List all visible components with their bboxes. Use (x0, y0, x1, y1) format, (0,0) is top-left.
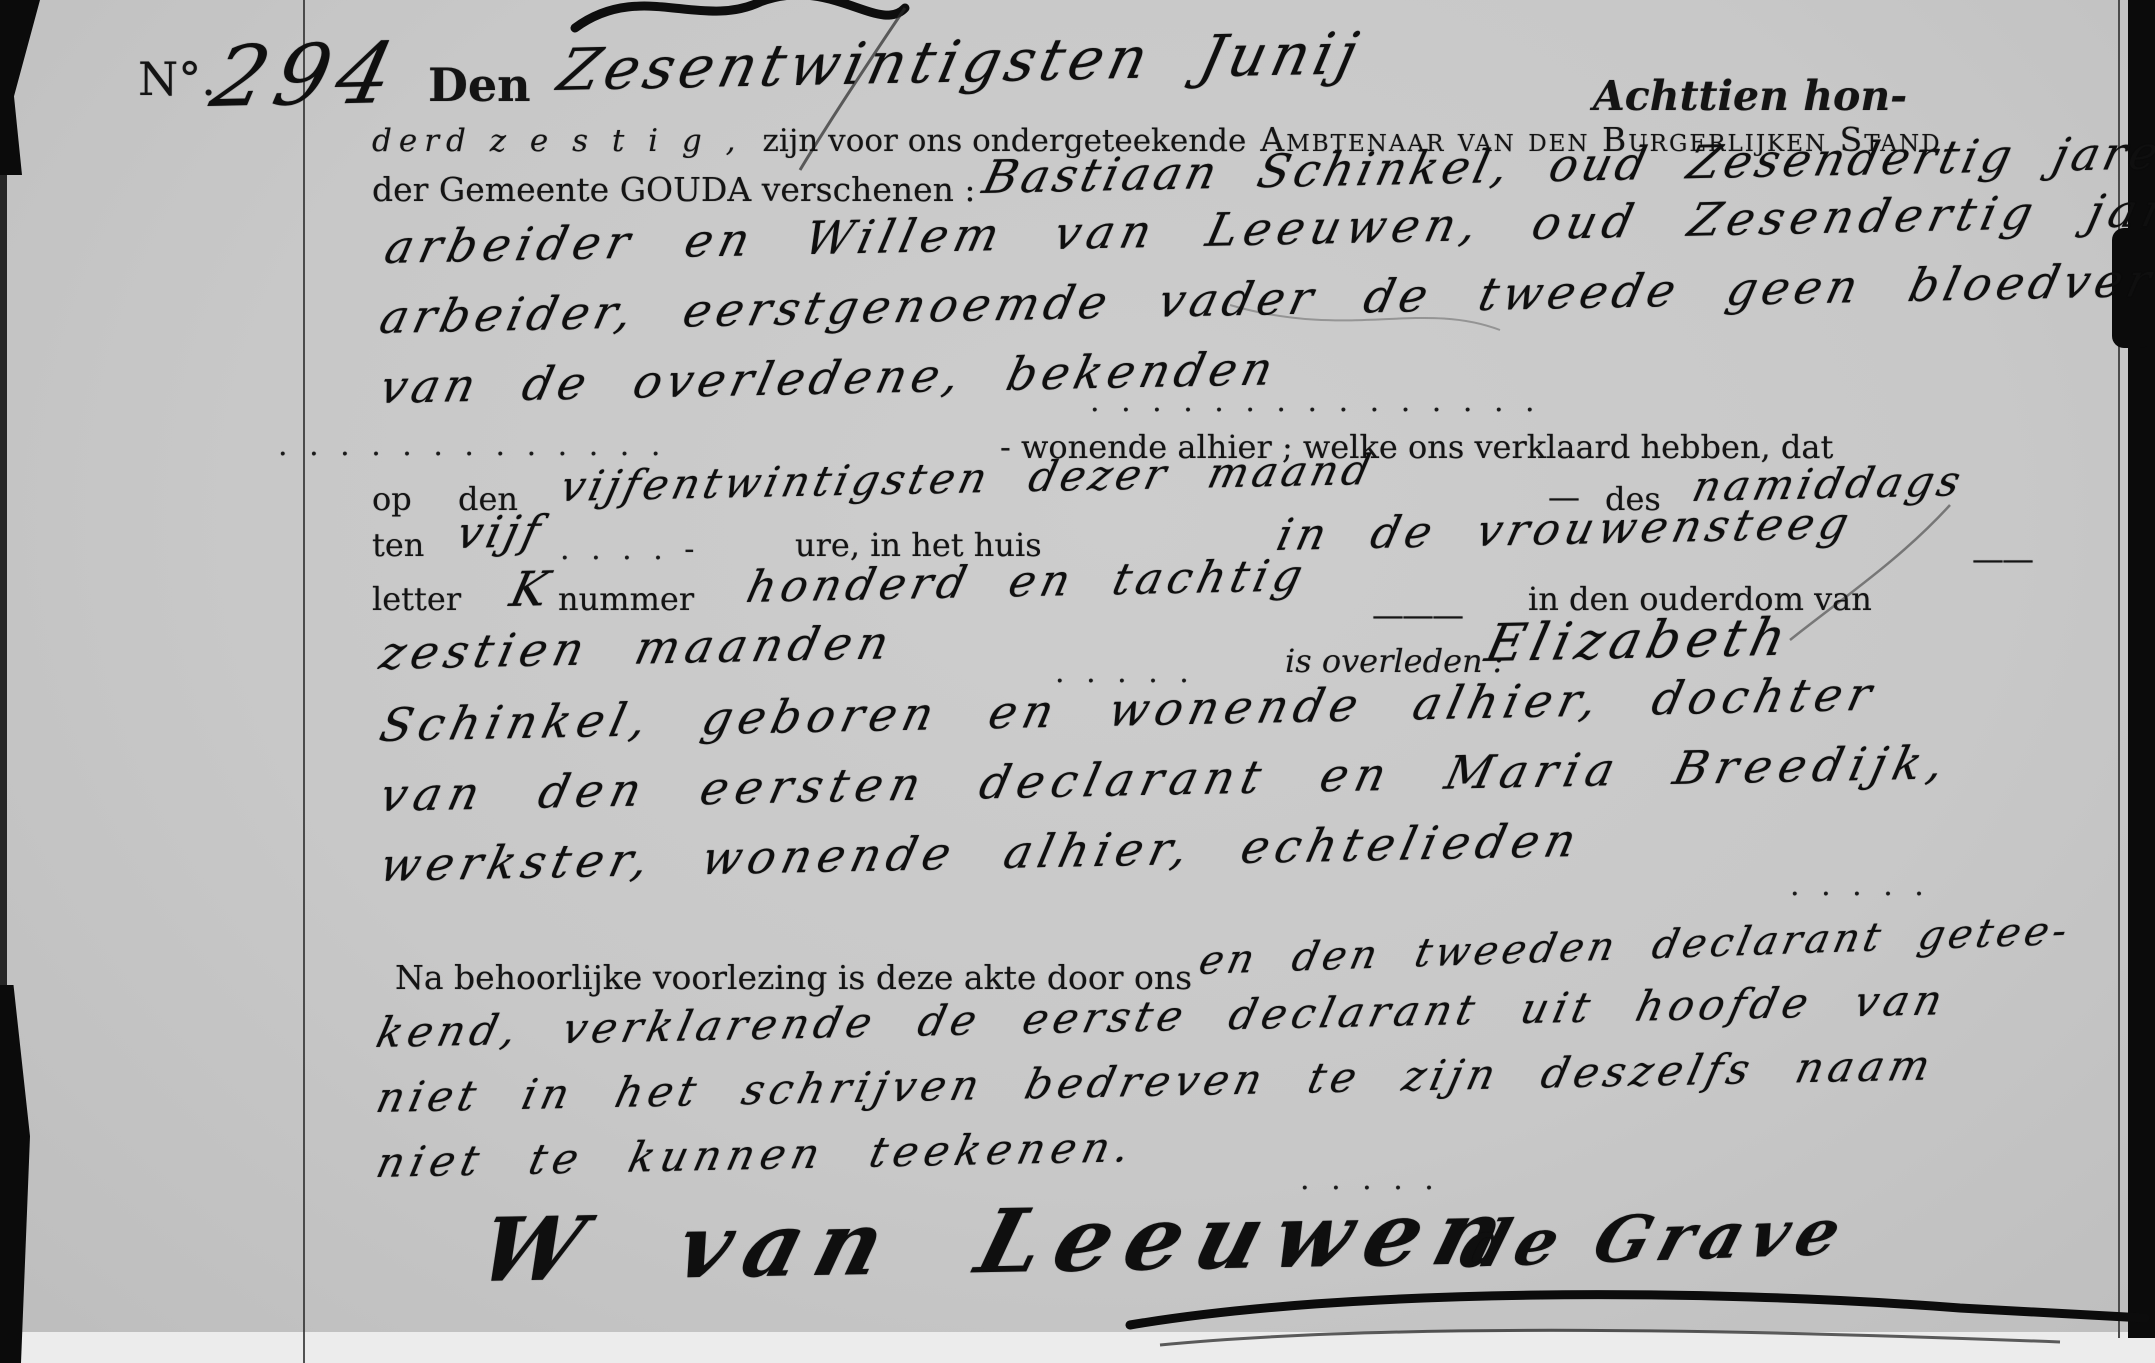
scan-edge-top-left (0, 0, 40, 175)
printed-year-start: Achttien hon- (1593, 72, 1907, 120)
scan-edge-bottom (0, 1332, 2155, 1363)
death-record-scan: N°. 294 Den Zesentwintigsten Junij Achtt… (0, 0, 2155, 1363)
handwritten-age: zestien maanden (375, 615, 900, 680)
filler-dash: ——— (1372, 596, 1462, 634)
margin-rule (303, 0, 305, 1363)
printed-op: op (372, 480, 412, 518)
scan-edge-bottom-left (0, 985, 30, 1363)
printed-gemeente-gouda: der Gemeente GOUDA verschenen : (372, 170, 976, 209)
handwritten-death-day: vijfentwintigsten dezer maand (556, 445, 1379, 511)
handwritten-day-month: Zesentwintigsten Junij (552, 19, 1369, 104)
handwritten-house-letter: K (505, 561, 554, 618)
filler-dash: —— (1972, 540, 2032, 578)
filler-dots: . . . . . . . . . . . . . (278, 428, 666, 463)
printed-nummer: nummer (558, 580, 694, 618)
handwritten-house-number: honderd en tachtig (742, 550, 1312, 613)
handwritten-hour: vijf (452, 506, 549, 559)
printed-derd-zestig: derd z e s t i g , (372, 123, 743, 159)
record-number-prefix: N°. (138, 52, 216, 106)
printed-den: Den (428, 58, 531, 112)
printed-letter: letter (372, 580, 461, 618)
handwritten-parents: van den eersten declarant en Maria Breed… (375, 735, 1956, 822)
filler-dots: . . . . . (1790, 868, 1930, 903)
handwritten-closing-4: niet te kunnen teekenen. (372, 1122, 1141, 1187)
registrar-signature-flourish (1130, 1295, 2145, 1325)
handwritten-mother-occupation: werkster, wonende alhier, echtelieden (375, 813, 1587, 892)
handwritten-deceased-firstname: Elizabeth (1480, 608, 1797, 674)
handwritten-closing-3: niet in het schrijven bedreven te zijn d… (372, 1041, 1940, 1122)
record-number: 294 (203, 24, 411, 126)
registrar-signature: de Grave (1452, 1195, 1857, 1283)
printed-is-overleden: is overleden : (1285, 642, 1504, 680)
filler-dots: . . . . - (560, 532, 700, 567)
printed-na-behoorlijke-voorlezing: Na behoorlijke voorlezing is deze akte d… (395, 958, 1192, 997)
printed-ten: ten (372, 526, 424, 564)
witness-signature: W van Leeuwen (468, 1180, 1529, 1302)
previous-record-fragment (575, 0, 905, 28)
handwritten-closing-1: en den tweeden declarant getee- (1195, 908, 2075, 984)
handwritten-street: in de vrouwensteeg (1272, 498, 1858, 561)
filler-dots: . . . . . . . . . . . . . . . (1090, 384, 1541, 419)
